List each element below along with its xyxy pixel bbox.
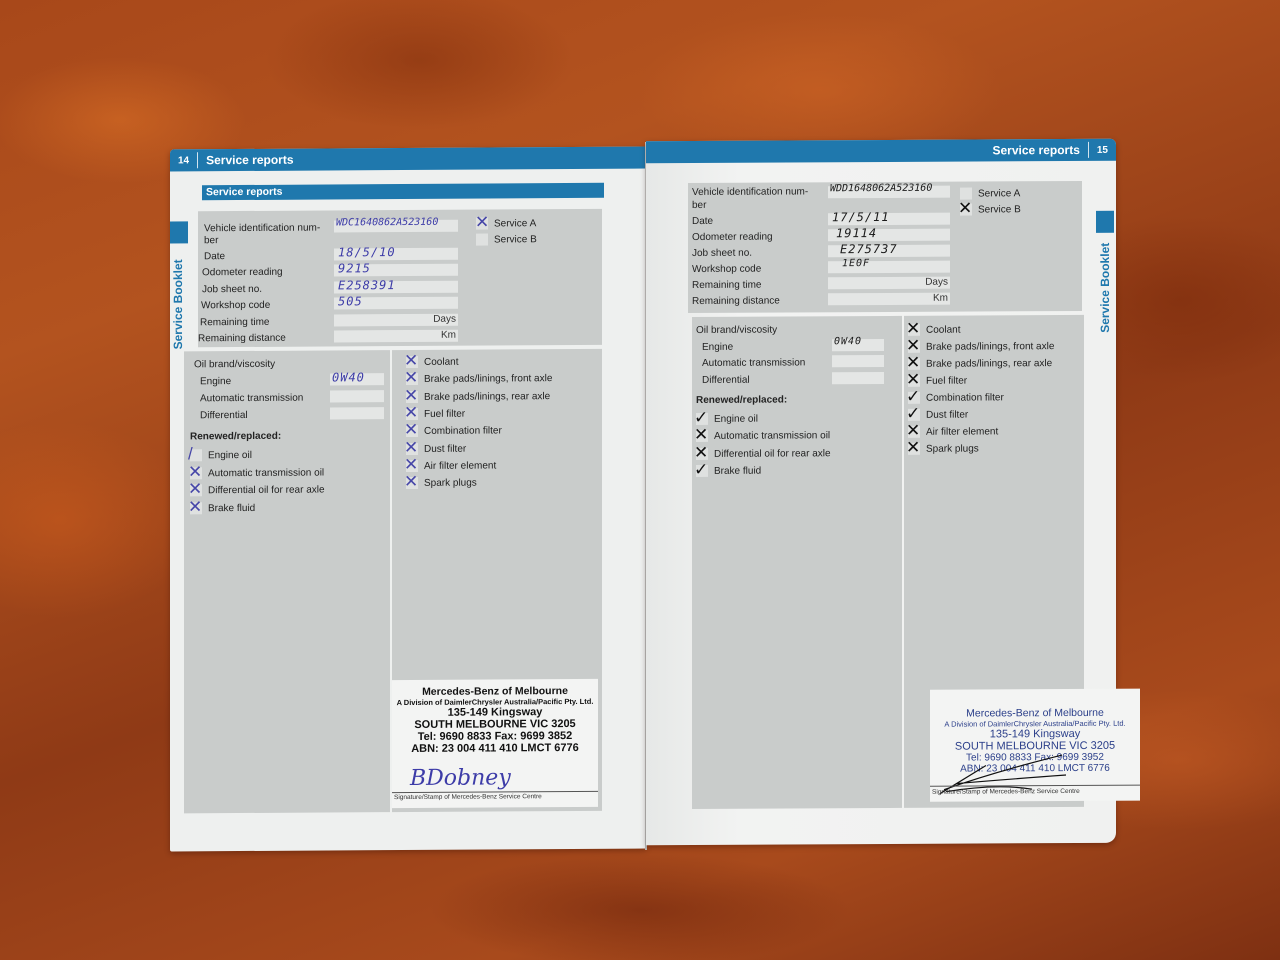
odometer-value: 19114 xyxy=(836,226,877,240)
renewed-list: ✓Engine oil✕Automatic transmission oil✕D… xyxy=(692,316,902,317)
x-mark-icon: ✕ xyxy=(694,428,708,442)
item-checkbox[interactable]: ✕ xyxy=(406,442,418,454)
differential-label: Differential xyxy=(200,410,248,421)
item-checkbox[interactable]: ✕ xyxy=(190,484,202,496)
vin-label: Vehicle identification num- xyxy=(204,223,320,235)
side-label: Service Booklet xyxy=(171,259,185,349)
x-mark-icon: ✕ xyxy=(906,441,920,455)
item-label: Brake pads/linings, front axle xyxy=(926,341,1054,353)
item-label: Combination filter xyxy=(424,426,502,437)
x-mark-icon: ✕ xyxy=(188,482,202,496)
side-tab-marker xyxy=(170,221,188,243)
workshop-value: 1E0F xyxy=(842,258,870,269)
x-mark-icon: ✕ xyxy=(906,373,920,387)
item-checkbox[interactable]: ✕ xyxy=(190,502,202,514)
check-mark-icon: ✓ xyxy=(906,407,920,421)
job-sheet-label: Job sheet no. xyxy=(202,284,262,295)
item-checkbox[interactable]: ✕ xyxy=(406,373,418,385)
odometer-label: Odometer reading xyxy=(692,232,773,243)
item-label: Coolant xyxy=(424,357,458,368)
renewed-title: Renewed/replaced: xyxy=(696,394,787,405)
workshop-label: Workshop code xyxy=(692,264,761,275)
vehicle-info-block: Vehicle identification num- ber WDD16480… xyxy=(688,181,1082,313)
workshop-value: 505 xyxy=(338,294,363,308)
item-checkbox[interactable]: ✕ xyxy=(908,375,920,387)
service-b-label: Service B xyxy=(978,204,1021,215)
item-checkbox[interactable]: ✕ xyxy=(406,356,418,368)
slash-mark-icon: / xyxy=(188,447,193,461)
remaining-time-field[interactable]: Days xyxy=(334,314,458,327)
stamp-abn: ABN: 23 004 411 410 LMCT 6776 xyxy=(392,742,598,755)
workshop-field[interactable]: 505 xyxy=(334,297,458,310)
vin-value: WDD1648062A523160 xyxy=(830,183,932,195)
vin-label-cont: ber xyxy=(692,200,706,211)
item-label: Fuel filter xyxy=(424,409,465,420)
stamp-address: 135-149 Kingsway xyxy=(930,728,1140,741)
signature-caption: Signature/Stamp of Mercedes-Benz Service… xyxy=(932,788,1080,796)
item-checkbox[interactable]: ✕ xyxy=(908,358,920,370)
remaining-distance-label: Remaining distance xyxy=(692,296,780,307)
item-label: Air filter element xyxy=(926,426,998,437)
item-checkbox[interactable]: ✕ xyxy=(908,443,920,455)
remaining-time-label: Remaining time xyxy=(200,317,269,328)
page-header: Service reports 15 xyxy=(646,139,1116,163)
item-checkbox[interactable]: ✕ xyxy=(190,467,202,479)
item-label: Automatic transmission oil xyxy=(714,431,830,443)
renewed-title: Renewed/replaced: xyxy=(190,431,281,443)
x-mark-icon: ✕ xyxy=(404,458,418,472)
x-mark-icon: ✕ xyxy=(404,389,418,403)
x-mark-icon: ✕ xyxy=(188,500,202,514)
page-number: 14 xyxy=(170,155,197,166)
item-label: Engine oil xyxy=(714,414,758,425)
item-checkbox[interactable]: ✓ xyxy=(908,409,920,421)
renewed-list: /Engine oil✕Automatic transmission oil✕D… xyxy=(184,350,390,351)
item-label: Brake pads/linings, rear axle xyxy=(926,358,1052,370)
vin-field[interactable]: WDC1640862A523160 xyxy=(334,220,458,233)
x-mark-icon: ✕ xyxy=(906,424,920,438)
signature-caption: Signature/Stamp of Mercedes-Benz Service… xyxy=(394,793,542,801)
date-value: 18/5/10 xyxy=(338,245,396,259)
service-b-label: Service B xyxy=(494,234,537,245)
days-unit: Days xyxy=(433,314,456,325)
section-title: Service reports xyxy=(202,183,604,200)
x-mark-icon: ✕ xyxy=(404,440,418,454)
item-label: Combination filter xyxy=(926,392,1004,403)
item-label: Engine oil xyxy=(208,450,252,461)
service-b-checkbox[interactable]: ✕ xyxy=(960,204,972,216)
item-label: Dust filter xyxy=(926,410,968,421)
item-checkbox[interactable]: ✕ xyxy=(908,324,920,336)
item-checkbox[interactable]: ✓ xyxy=(696,413,708,425)
page-header: 14 Service reports xyxy=(170,147,646,172)
engine-oil-label: Engine xyxy=(702,342,733,353)
x-mark-icon: ✕ xyxy=(906,322,920,336)
days-unit: Days xyxy=(925,277,948,288)
side-label: Service Booklet xyxy=(1098,243,1112,333)
signature: BDobney xyxy=(410,765,511,791)
item-checkbox[interactable]: ✕ xyxy=(696,447,708,459)
x-mark-icon: ✕ xyxy=(404,354,418,368)
km-unit: Km xyxy=(933,293,948,304)
x-mark-icon: ✕ xyxy=(404,371,418,385)
km-unit: Km xyxy=(441,330,456,341)
check-mark-icon: ✓ xyxy=(694,463,708,477)
x-mark-icon: ✕ xyxy=(906,356,920,370)
item-label: Automatic transmission oil xyxy=(208,467,324,479)
engine-oil-value: 0W40 xyxy=(834,336,862,347)
item-checkbox[interactable]: ✕ xyxy=(406,477,418,489)
odometer-field[interactable]: 9215 xyxy=(334,264,458,277)
item-label: Spark plugs xyxy=(424,478,477,489)
item-checkbox[interactable]: ✓ xyxy=(908,392,920,404)
engine-oil-value: 0W40 xyxy=(332,370,365,384)
left-page: 14 Service reports Service Booklet Servi… xyxy=(170,147,646,852)
date-value: 17/5/11 xyxy=(832,210,890,224)
item-checkbox[interactable]: ✕ xyxy=(908,426,920,438)
item-checkbox[interactable]: ✕ xyxy=(696,430,708,442)
x-mark-icon: ✕ xyxy=(958,202,972,216)
service-booklet: 14 Service reports Service Booklet Servi… xyxy=(0,0,1280,960)
x-mark-icon: ✕ xyxy=(694,445,708,459)
item-label: Air filter element xyxy=(424,460,496,471)
item-checkbox[interactable]: ✕ xyxy=(406,408,418,420)
differential-field[interactable] xyxy=(330,407,384,419)
checks-list: ✕Coolant✕Brake pads/linings, front axle✕… xyxy=(904,315,1084,316)
service-b-checkbox[interactable] xyxy=(476,234,488,246)
remaining-distance-field[interactable]: Km xyxy=(334,330,458,343)
oil-renewed-block: Oil brand/viscosity Engine 0W40 Automati… xyxy=(184,350,390,813)
auto-trans-label: Automatic transmission xyxy=(702,357,805,369)
item-label: Brake fluid xyxy=(208,502,255,513)
vin-field[interactable]: WDD1648062A523160 xyxy=(828,186,950,199)
item-checkbox[interactable]: ✓ xyxy=(696,465,708,477)
check-mark-icon: ✓ xyxy=(694,411,708,425)
remaining-time-label: Remaining time xyxy=(692,280,761,291)
job-sheet-field[interactable]: E275737 xyxy=(828,245,950,258)
date-label: Date xyxy=(204,251,225,262)
item-checkbox[interactable]: ✕ xyxy=(406,460,418,472)
date-field[interactable]: 17/5/11 xyxy=(828,213,950,226)
header-title: Service reports xyxy=(984,143,1087,158)
service-a-label: Service A xyxy=(978,188,1020,199)
odometer-label: Odometer reading xyxy=(202,267,283,278)
right-page: Service reports 15 Service Booklet Vehic… xyxy=(646,139,1116,845)
remaining-distance-field[interactable]: Km xyxy=(828,293,950,306)
date-field[interactable]: 18/5/10 xyxy=(334,248,458,261)
checks-list: ✕Coolant✕Brake pads/linings, front axle✕… xyxy=(392,349,602,350)
job-sheet-value: E258391 xyxy=(338,278,396,292)
header-title: Service reports xyxy=(198,153,301,168)
x-mark-icon: ✕ xyxy=(404,406,418,420)
odometer-value: 9215 xyxy=(338,261,371,275)
check-mark-icon: ✓ xyxy=(906,390,920,404)
x-mark-icon: ✕ xyxy=(188,465,202,479)
item-checkbox[interactable]: ✕ xyxy=(406,425,418,437)
page-number: 15 xyxy=(1089,144,1116,155)
item-checkbox[interactable]: ✕ xyxy=(406,391,418,403)
engine-oil-field[interactable]: 0W40 xyxy=(832,339,884,351)
x-mark-icon: ✕ xyxy=(475,216,489,230)
workshop-field[interactable]: 1E0F xyxy=(828,261,950,274)
oil-title: Oil brand/viscosity xyxy=(696,325,777,336)
stamp-dealer-name: Mercedes-Benz of Melbourne xyxy=(930,707,1140,720)
item-label: Differential oil for rear axle xyxy=(714,448,831,460)
oil-title: Oil brand/viscosity xyxy=(194,359,275,370)
remaining-time-field[interactable]: Days xyxy=(828,277,950,290)
item-label: Fuel filter xyxy=(926,376,967,387)
item-label: Brake pads/linings, rear axle xyxy=(424,391,550,403)
item-checkbox[interactable]: / xyxy=(190,449,202,461)
vehicle-info-block: Vehicle identification num- ber WDC16408… xyxy=(198,209,602,347)
service-a-label: Service A xyxy=(494,218,536,229)
engine-oil-label: Engine xyxy=(200,376,231,387)
remaining-distance-label: Remaining distance xyxy=(198,333,286,345)
x-mark-icon: ✕ xyxy=(404,423,418,437)
service-a-checkbox[interactable]: ✕ xyxy=(476,218,488,230)
job-sheet-field[interactable]: E258391 xyxy=(334,281,458,294)
vin-label: Vehicle identification num- xyxy=(692,186,808,198)
auto-trans-label: Automatic transmission xyxy=(200,393,303,405)
item-checkbox[interactable]: ✕ xyxy=(908,341,920,353)
x-mark-icon: ✕ xyxy=(906,339,920,353)
x-mark-icon: ✕ xyxy=(404,475,418,489)
auto-trans-field[interactable] xyxy=(832,355,884,367)
job-sheet-label: Job sheet no. xyxy=(692,248,752,259)
item-label: Spark plugs xyxy=(926,443,979,454)
vin-label-cont: ber xyxy=(204,235,218,246)
item-label: Differential oil for rear axle xyxy=(208,485,325,497)
dealer-stamp: Mercedes-Benz of Melbourne A Division of… xyxy=(930,689,1140,802)
date-label: Date xyxy=(692,216,713,227)
vin-value: WDC1640862A523160 xyxy=(336,217,438,229)
odometer-field[interactable]: 19114 xyxy=(828,229,950,242)
auto-trans-field[interactable] xyxy=(330,390,384,402)
job-sheet-value: E275737 xyxy=(840,242,898,256)
side-tab-marker xyxy=(1096,211,1114,233)
item-label: Brake fluid xyxy=(714,466,761,477)
item-label: Coolant xyxy=(926,325,960,336)
engine-oil-field[interactable]: 0W40 xyxy=(330,373,384,385)
dealer-stamp: Mercedes-Benz of Melbourne A Division of… xyxy=(392,679,598,808)
differential-label: Differential xyxy=(702,375,750,386)
differential-field[interactable] xyxy=(832,372,884,384)
workshop-label: Workshop code xyxy=(201,300,270,311)
item-label: Dust filter xyxy=(424,443,466,454)
oil-renewed-block: Oil brand/viscosity Engine 0W40 Automati… xyxy=(692,316,902,809)
item-label: Brake pads/linings, front axle xyxy=(424,373,552,385)
